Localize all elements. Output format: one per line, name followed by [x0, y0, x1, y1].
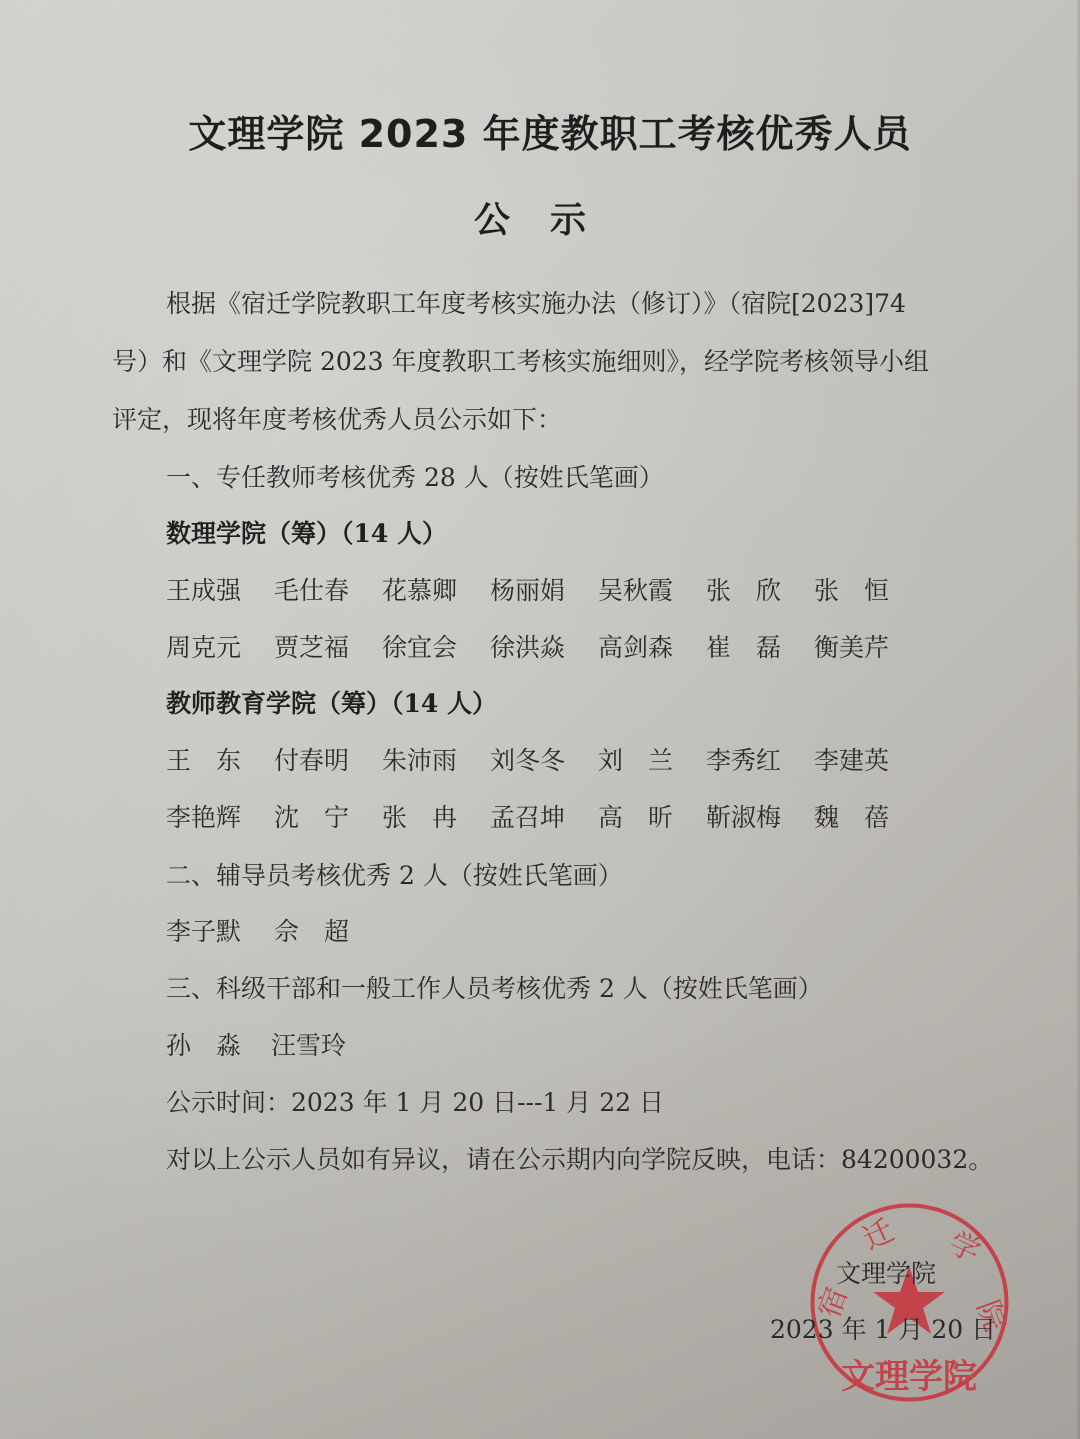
staff-name: 衡美芹 — [814, 628, 922, 664]
staff-name: 徐宜会 — [382, 628, 490, 664]
staff-name: 沈 宁 — [274, 798, 382, 834]
staff-name: 刘冬冬 — [490, 741, 598, 777]
staff-name: 毛仕春 — [274, 571, 382, 607]
signature-date: 2023 年 1 月 20 日 — [770, 1310, 996, 1346]
name-row: 李子默 佘 超 — [166, 912, 382, 948]
intro-line-3: 评定，现将年度考核优秀人员公示如下： — [112, 400, 562, 436]
staff-name: 李子默 — [166, 912, 274, 948]
group-jiaoyu-heading: 教师教育学院（筹）（14 人） — [166, 684, 497, 720]
document-title: 文理学院 2023 年度教职工考核优秀人员 — [0, 103, 1080, 158]
contact-info: 对以上公示人员如有异议，请在公示期内向学院反映，电话：84200032。 — [166, 1140, 993, 1176]
intro-line-1: 根据《宿迁学院教职工年度考核实施办法（修订）》（宿院[2023]74 — [166, 284, 906, 320]
name-row: 孙 淼 汪雪玲 — [166, 1026, 379, 1062]
staff-name: 孟召坤 — [490, 798, 598, 834]
svg-text:学: 学 — [944, 1226, 986, 1270]
staff-name: 李秀红 — [706, 741, 814, 777]
section-1-heading: 一、专任教师考核优秀 28 人（按姓氏笔画） — [166, 458, 664, 494]
name-row: 李艳辉 沈 宁 张 冉 孟召坤 高 昕 靳淑梅 魏 蓓 — [166, 798, 922, 834]
staff-name: 张 欣 — [706, 571, 814, 607]
staff-name: 高剑森 — [598, 628, 706, 664]
staff-name: 朱沛雨 — [382, 741, 490, 777]
staff-name: 贾芝福 — [274, 628, 382, 664]
staff-name: 付春明 — [274, 741, 382, 777]
notice-period: 公示时间：2023 年 1 月 20 日---1 月 22 日 — [166, 1083, 664, 1119]
staff-name: 汪雪玲 — [271, 1026, 379, 1062]
staff-name: 张 恒 — [814, 571, 922, 607]
official-seal-icon: 文理学院 宿 迁 学 院 — [807, 1200, 1012, 1405]
staff-name: 李建英 — [814, 741, 922, 777]
staff-name: 靳淑梅 — [706, 798, 814, 834]
intro-line-2: 号）和《文理学院 2023 年度教职工考核实施细则》，经学院考核领导小组 — [112, 342, 929, 378]
name-row: 王 东 付春明 朱沛雨 刘冬冬 刘 兰 李秀红 李建英 — [166, 741, 922, 777]
staff-name: 花慕卿 — [382, 571, 490, 607]
staff-name: 崔 磊 — [706, 628, 814, 664]
staff-name: 刘 兰 — [598, 741, 706, 777]
staff-name: 杨丽娟 — [490, 571, 598, 607]
svg-text:迁: 迁 — [858, 1213, 900, 1257]
document-subtitle: 公示 — [0, 192, 1080, 243]
section-3-heading: 三、科级干部和一般工作人员考核优秀 2 人（按姓氏笔画） — [166, 969, 823, 1005]
name-row: 王成强 毛仕春 花慕卿 杨丽娟 吴秋霞 张 欣 张 恒 — [166, 571, 922, 607]
staff-name: 周克元 — [166, 628, 274, 664]
staff-name: 孙 淼 — [166, 1026, 271, 1062]
signature-unit: 文理学院 — [836, 1254, 936, 1290]
staff-name: 佘 超 — [274, 912, 382, 948]
staff-name: 高 昕 — [598, 798, 706, 834]
staff-name: 徐洪焱 — [490, 628, 598, 664]
staff-name: 王成强 — [166, 571, 274, 607]
svg-text:文理学院: 文理学院 — [841, 1357, 977, 1397]
name-row: 周克元 贾芝福 徐宜会 徐洪焱 高剑森 崔 磊 衡美芹 — [166, 628, 922, 664]
staff-name: 李艳辉 — [166, 798, 274, 834]
section-2-heading: 二、辅导员考核优秀 2 人（按姓氏笔画） — [166, 856, 623, 892]
staff-name: 魏 蓓 — [814, 798, 922, 834]
staff-name: 张 冉 — [382, 798, 490, 834]
staff-name: 吴秋霞 — [598, 571, 706, 607]
staff-name: 王 东 — [166, 741, 274, 777]
group-shuli-heading: 数理学院（筹）（14 人） — [166, 514, 447, 550]
